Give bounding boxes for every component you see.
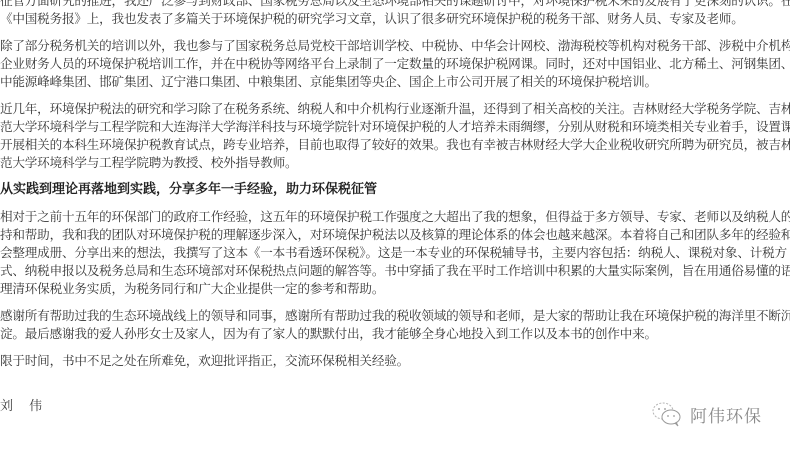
wechat-icon	[650, 400, 684, 428]
text-line: 会整理成册、分享出来的想法，我撰写了这本《一本书看透环保税》。这是一本专业的环保…	[0, 244, 790, 262]
text-line: 范大学环境科学与工程学院聘为教授、校外指导教师。	[0, 154, 790, 172]
text-line: 范大学环境科学与工程学院和大连海洋大学海洋科技与环境学院针对环境保护税的人才培养…	[0, 118, 790, 136]
article-body: 征管方面研究的推进，我还广泛参与到财政部、国家税务总局以及生态环境部相关的课题研…	[0, 0, 790, 370]
paragraph: 相对于之前十五年的环保部门的政府工作经验，这五年的环境保护税工作强度之大超出了我…	[0, 208, 790, 298]
text-line: 开展相关的本科生环境保护税教育试点，跨专业培养，目前也取得了较好的效果。我也有幸…	[0, 136, 790, 154]
account-name: 阿伟环保	[690, 402, 762, 427]
section-heading: 从实践到理论再落地到实践，分享多年一手经验，助力环保税征管	[0, 181, 790, 199]
account-watermark: 阿伟环保	[650, 400, 762, 428]
text-line: 中能源峰峰集团、邯矿集团、辽宁港口集团、中粮集团、京能集团等央企、国企上市公司开…	[0, 73, 790, 91]
author-signature: 刘 伟	[0, 395, 48, 414]
paragraph: 除了部分税务机关的培训以外，我也参与了国家税务总局党校干部培训学校、中税协、中华…	[0, 37, 790, 91]
text-line: 《中国税务报》上，我也发表了多篇关于环境保护税的研究学习文章，认识了很多研究环境…	[0, 10, 790, 28]
paragraph: 限于时间，书中不足之处在所难免，欢迎批评指正，交流环保税相关经验。	[0, 352, 790, 370]
text-line: 式、纳税申报以及税务总局和生态环境部对环保税热点问题的解答等。书中穿插了我在平时…	[0, 262, 790, 280]
text-line: 企业财务人员的环境保护税培训工作，并在中税协等网络平台上录制了一定数量的环境保护…	[0, 55, 790, 73]
text-line: 征管方面研究的推进，我还广泛参与到财政部、国家税务总局以及生态环境部相关的课题研…	[0, 0, 790, 10]
paragraph: 感谢所有帮助过我的生态环境战线上的领导和同事，感谢所有帮助过我的税收领域的领导和…	[0, 307, 790, 343]
paragraph: 征管方面研究的推进，我还广泛参与到财政部、国家税务总局以及生态环境部相关的课题研…	[0, 0, 790, 28]
text-line: 限于时间，书中不足之处在所难免，欢迎批评指正，交流环保税相关经验。	[0, 352, 790, 370]
text-line: 近几年，环境保护税法的研究和学习除了在税务系统、纳税人和中介机构行业逐渐升温，还…	[0, 100, 790, 118]
text-line: 淀。最后感谢我的爱人孙彤女士及家人，因为有了家人的默默付出，我才能够全身心地投入…	[0, 325, 790, 343]
text-line: 除了部分税务机关的培训以外，我也参与了国家税务总局党校干部培训学校、中税协、中华…	[0, 37, 790, 55]
text-line: 理清环保税业务实质，为税务同行和广大企业提供一定的参考和帮助。	[0, 280, 790, 298]
paragraph: 近几年，环境保护税法的研究和学习除了在税务系统、纳税人和中介机构行业逐渐升温，还…	[0, 100, 790, 172]
text-line: 相对于之前十五年的环保部门的政府工作经验，这五年的环境保护税工作强度之大超出了我…	[0, 208, 790, 226]
text-line: 持和帮助，我和我的团队对环境保护税的理解逐步深入，对环境保护税法以及核算的理论体…	[0, 226, 790, 244]
text-line: 感谢所有帮助过我的生态环境战线上的领导和同事，感谢所有帮助过我的税收领域的领导和…	[0, 307, 790, 325]
